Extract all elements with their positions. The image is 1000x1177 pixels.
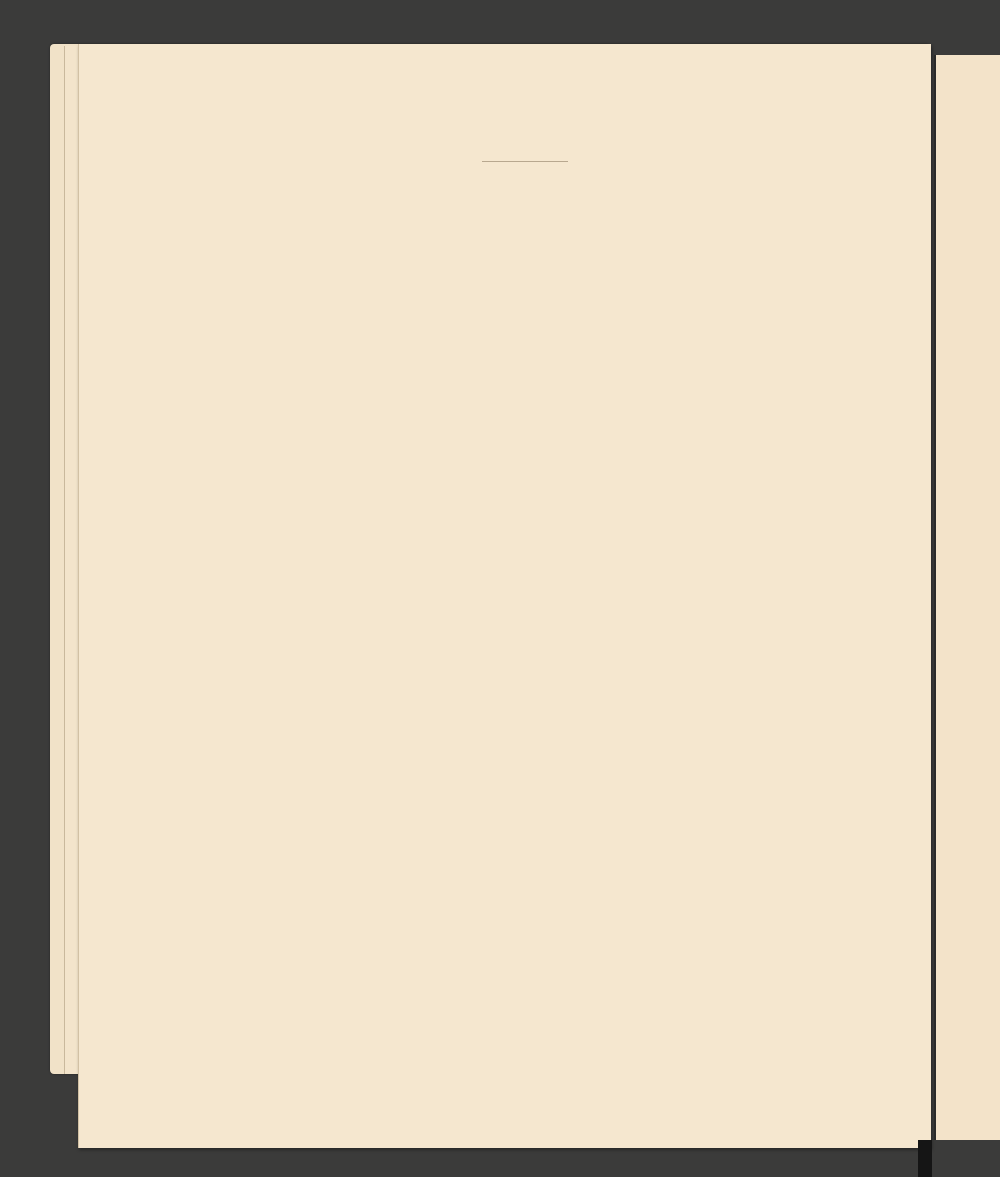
page-number-rule: [482, 161, 568, 162]
gutter-shadow: [918, 1140, 932, 1177]
book-page: [78, 44, 931, 1148]
facing-page-edge: [934, 55, 1000, 1140]
